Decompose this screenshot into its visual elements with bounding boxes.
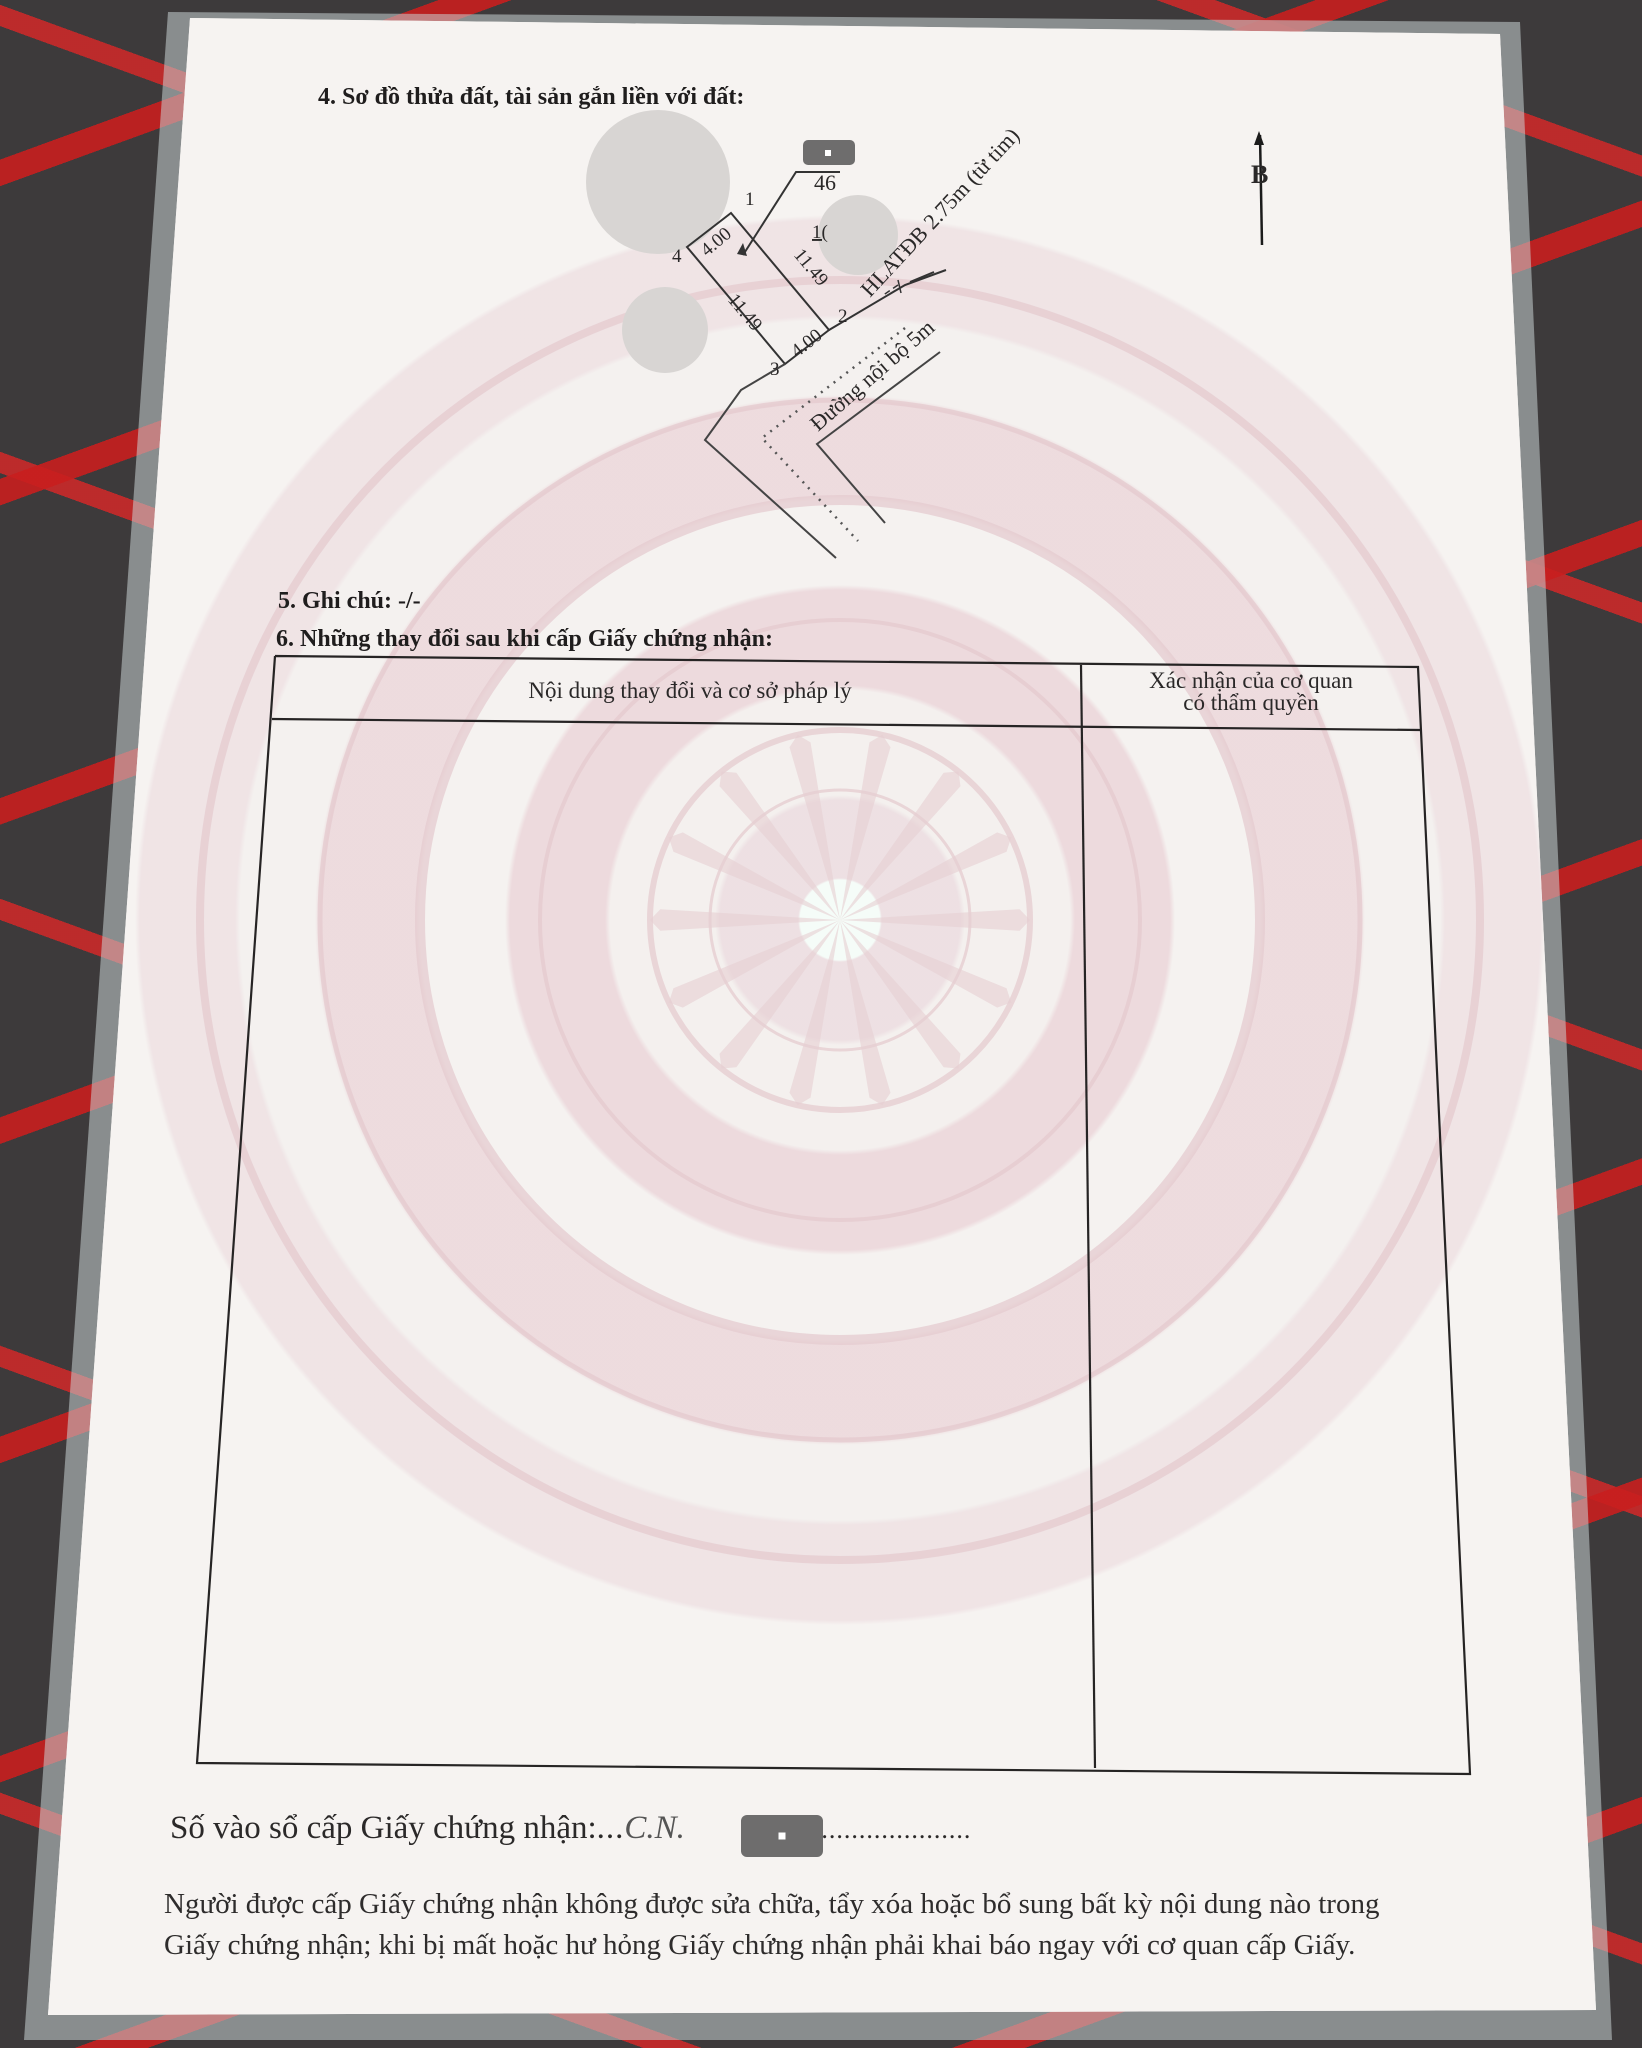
registration-label: Số vào sổ cấp Giấy chứng nhận: [170, 1810, 597, 1846]
drum-watermark-icon [0, 0, 1642, 2048]
registration-number-line: Số vào sổ cấp Giấy chứng nhận:...C.N....… [170, 1810, 971, 1847]
notice-line-1: Người được cấp Giấy chứng nhận không đượ… [164, 1888, 1379, 1921]
redacted-registration-value [741, 1815, 823, 1857]
notice-line-2: Giấy chứng nhận; khi bị mất hoặc hư hỏng… [164, 1929, 1355, 1962]
section-6-title: 6. Những thay đổi sau khi cấp Giấy chứng… [276, 626, 773, 653]
column-header-change-content: Nội dung thay đổi và cơ sở pháp lý [300, 680, 1080, 702]
section-4-title: 4. Sơ đồ thửa đất, tài sản gắn liền với … [318, 84, 744, 111]
registration-value-prefix: C.N. [624, 1810, 685, 1846]
section-5-note: 5. Ghi chú: -/- [278, 588, 421, 615]
column-header-authority-confirmation: Xác nhận của cơ quan có thẩm quyền [1084, 670, 1418, 714]
